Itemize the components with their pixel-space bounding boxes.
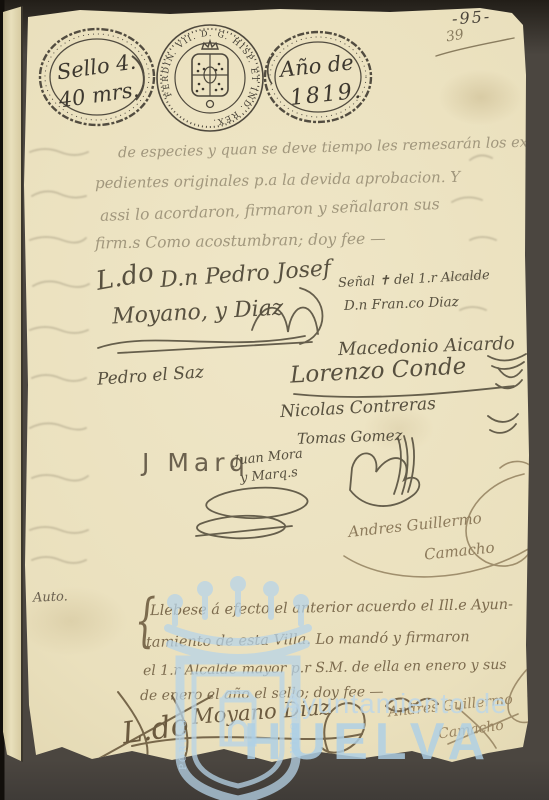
previous-page-edge: [3, 6, 23, 762]
bleed-through-marks: [30, 149, 496, 563]
document-scan: Sello 4. 40 mrs.: [0, 0, 549, 800]
page-content: Sello 4. 40 mrs.: [0, 0, 549, 800]
manuscript-page: Sello 4. 40 mrs.: [20, 5, 532, 775]
signature-flourishes: [0, 0, 549, 800]
